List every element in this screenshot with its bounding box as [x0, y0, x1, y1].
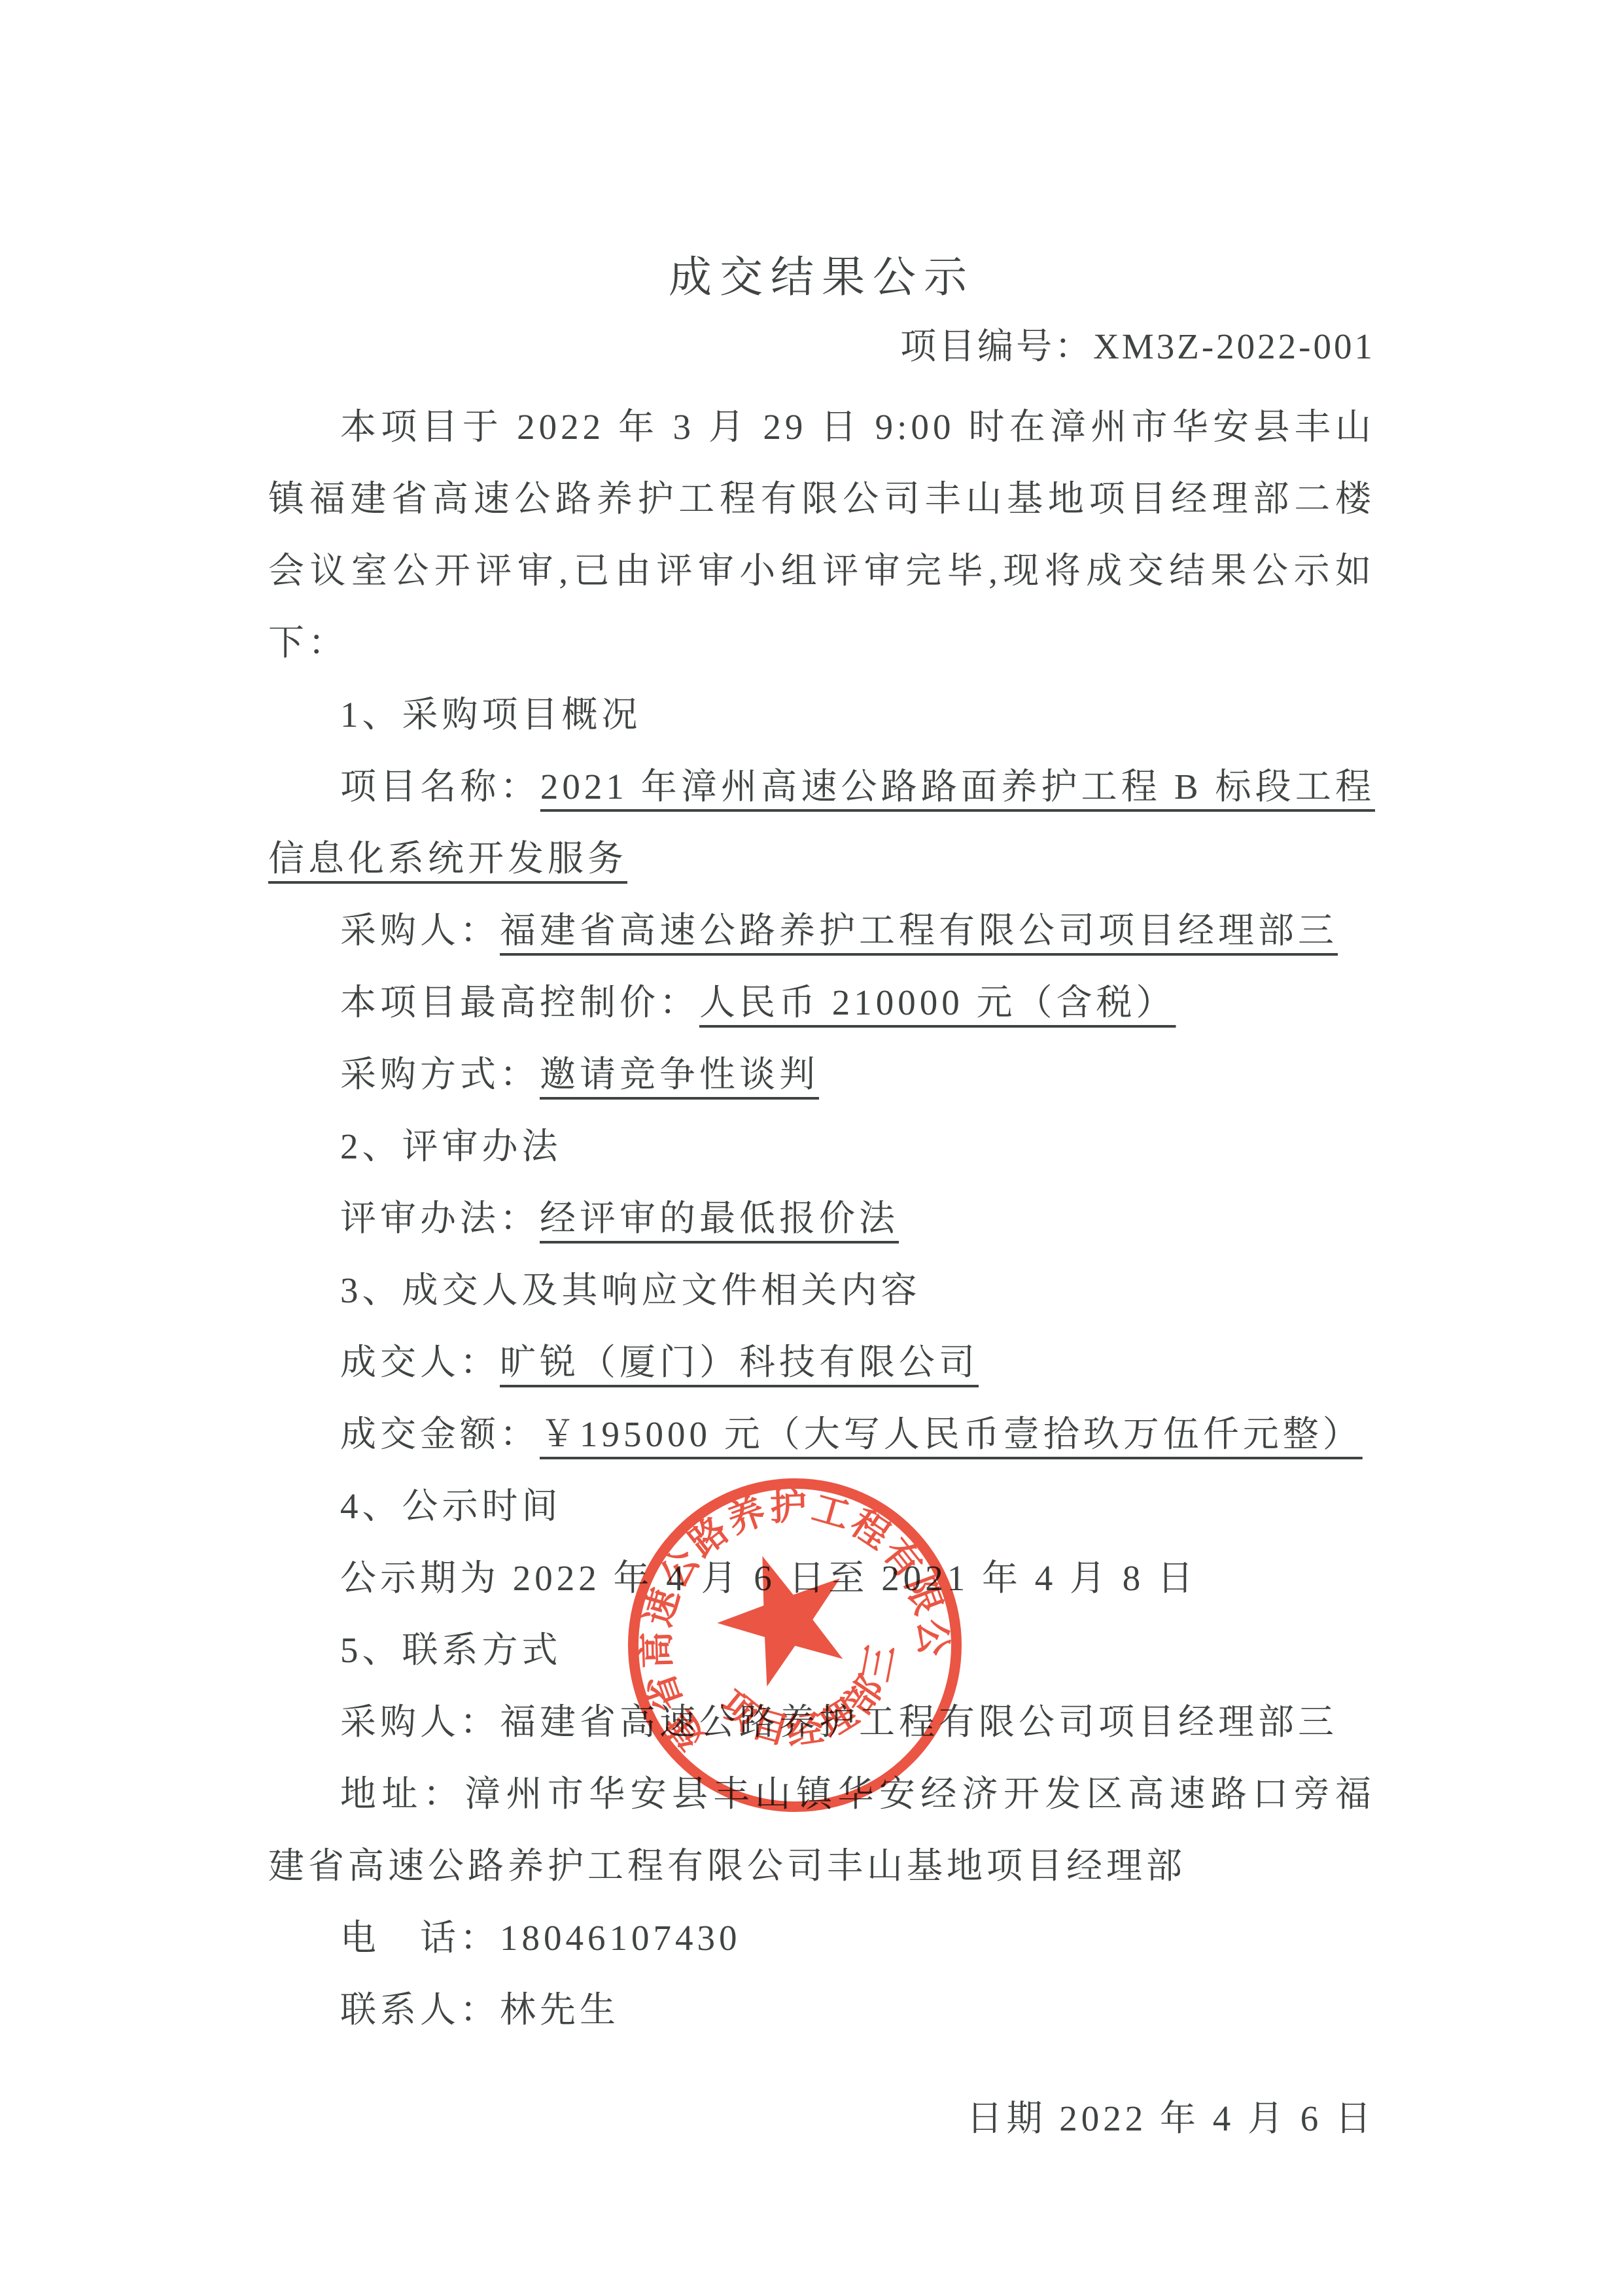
text-segment: 4、公示时间 [340, 1486, 562, 1526]
text-segment: 地址：漳州市华安县丰山镇华安经济开发区高速路口旁福建省高速公路养护工程有限公司丰… [268, 1774, 1375, 1886]
text-segment: 2、评审办法 [340, 1126, 562, 1166]
paragraph: 电 话：18046107430 [268, 1902, 1375, 1974]
paragraph: 采购方式：邀请竞争性谈判 [268, 1039, 1375, 1111]
paragraph: 4、公示时间 [268, 1470, 1375, 1542]
text-segment: 采购方式： [340, 1054, 540, 1094]
text-segment: 采购人：福建省高速公路养护工程有限公司项目经理部三 [340, 1702, 1338, 1742]
text-segment: 评审办法： [340, 1198, 540, 1238]
text-segment: 公示期为 2022 年 4 月 6 日至 2021 年 4 月 8 日 [340, 1558, 1197, 1598]
underlined-value: 福建省高速公路养护工程有限公司项目经理部三 [500, 911, 1338, 950]
underlined-value: ￥195000 元（大写人民币壹拾玖万伍仟元整） [540, 1414, 1363, 1454]
project-number-line: 项目编号：XM3Z-2022-001 [268, 319, 1375, 374]
text-segment: 本项目最高控制价： [340, 983, 699, 1022]
underlined-value: 人民币 210000 元（含税） [699, 983, 1176, 1022]
text-segment: 成交人： [340, 1342, 500, 1382]
text-segment: 1、采购项目概况 [340, 695, 642, 735]
project-number-label: 项目编号： [900, 326, 1093, 366]
paragraph: 成交人：旷锐（厦门）科技有限公司 [268, 1327, 1375, 1399]
project-number-value: XM3Z-2022-001 [1093, 326, 1375, 366]
paragraph: 3、成交人及其响应文件相关内容 [268, 1255, 1375, 1327]
paragraph: 本项目于 2022 年 3 月 29 日 9:00 时在漳州市华安县丰山镇福建省… [268, 391, 1375, 679]
paragraph: 本项目最高控制价：人民币 210000 元（含税） [268, 967, 1375, 1039]
date-line: 日期 2022 年 4 月 6 日 [268, 2083, 1375, 2155]
paragraph: 5、联系方式 [268, 1614, 1375, 1686]
paragraph: 成交金额：￥195000 元（大写人民币壹拾玖万伍仟元整） [268, 1399, 1375, 1470]
text-segment: 本项目于 2022 年 3 月 29 日 9:00 时在漳州市华安县丰山镇福建省… [268, 407, 1375, 663]
paragraph: 公示期为 2022 年 4 月 6 日至 2021 年 4 月 8 日 [268, 1542, 1375, 1614]
page-title: 成交结果公示 [268, 249, 1375, 307]
paragraph: 联系人：林先生 [268, 1974, 1375, 2046]
text-segment: 5、联系方式 [340, 1630, 562, 1670]
text-segment: 项目名称： [340, 767, 540, 807]
underlined-value: 邀请竞争性谈判 [540, 1054, 819, 1094]
paragraph: 地址：漳州市华安县丰山镇华安经济开发区高速路口旁福建省高速公路养护工程有限公司丰… [268, 1758, 1375, 1902]
document-body: 本项目于 2022 年 3 月 29 日 9:00 时在漳州市华安县丰山镇福建省… [268, 391, 1375, 2046]
paragraph: 2、评审办法 [268, 1111, 1375, 1183]
paragraph: 评审办法：经评审的最低报价法 [268, 1183, 1375, 1255]
underlined-value: 经评审的最低报价法 [540, 1198, 899, 1238]
text-segment: 3、成交人及其响应文件相关内容 [340, 1270, 921, 1310]
paragraph: 采购人：福建省高速公路养护工程有限公司项目经理部三 [268, 895, 1375, 967]
text-segment: 采购人： [340, 911, 500, 950]
paragraph: 1、采购项目概况 [268, 679, 1375, 751]
text-segment: 联系人：林先生 [340, 1990, 620, 2030]
text-segment: 成交金额： [340, 1414, 540, 1454]
document-page: 成交结果公示 项目编号：XM3Z-2022-001 本项目于 2022 年 3 … [0, 0, 1623, 2296]
text-segment: 电 话：18046107430 [340, 1918, 741, 1958]
paragraph: 项目名称：2021 年漳州高速公路路面养护工程 B 标段工程信息化系统开发服务 [268, 751, 1375, 895]
underlined-value: 旷锐（厦门）科技有限公司 [500, 1342, 979, 1382]
paragraph: 采购人：福建省高速公路养护工程有限公司项目经理部三 [268, 1686, 1375, 1758]
document-content: 成交结果公示 项目编号：XM3Z-2022-001 本项目于 2022 年 3 … [268, 249, 1375, 2155]
